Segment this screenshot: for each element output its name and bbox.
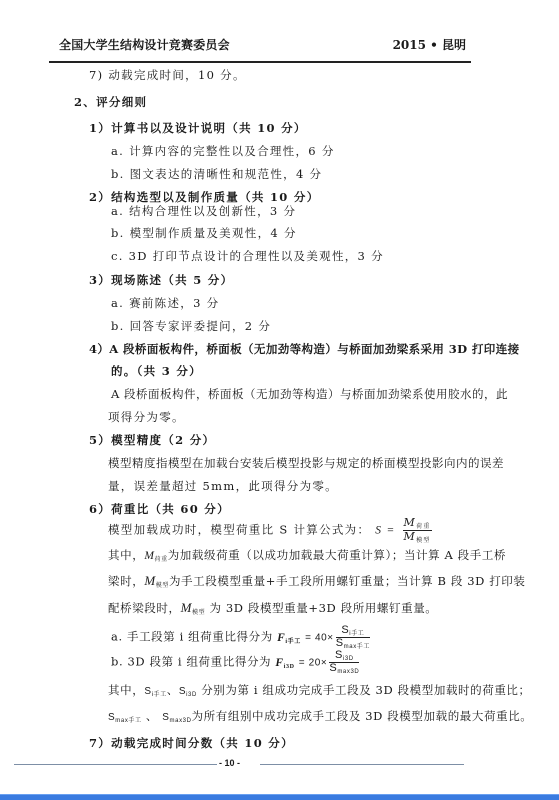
item-3-sub-b: b. 回答专家评委提问，2 分 [111, 318, 271, 334]
footer-rule-left [14, 764, 217, 765]
item-3-title: 3）现场陈述（共 5 分） [89, 272, 233, 288]
where-line-4: 其中，Si手工、Si3D 分别为第 i 组成功完成手工段及 3D 段模型加载时的… [108, 682, 531, 698]
item-7-title: 7）动载完成时间分数（共 10 分） [89, 735, 294, 751]
item-4-para-line1: A 段桥面板构件，桥面板（无加劲等构造）与桥面加劲梁系使用胶水的，此 [111, 386, 508, 402]
formula-intro-line: 模型加载成功时，模型荷重比 S 计算公式为： S = M荷重 M模型 [108, 517, 432, 544]
header-rule [49, 61, 471, 63]
formula-intro: 模型加载成功时，模型荷重比 S 计算公式为： [108, 523, 370, 537]
item-4-title-line1: 4）A 段桥面板构件，桥面板（无加劲等构造）与桥面加劲梁系采用 3D 打印连接 [89, 341, 520, 357]
item-5-title: 5）模型精度（2 分） [89, 432, 215, 448]
page-number: - 10 - [219, 758, 240, 768]
item-4-para-line2: 项得分为零。 [108, 409, 185, 425]
previous-item-text: 7) 动载完成时间，10 分。 [89, 67, 246, 83]
item-3-sub-a: a. 赛前陈述，3 分 [111, 295, 219, 311]
item-1-title: 1）计算书以及设计说明（共 10 分） [89, 120, 307, 136]
item-5-para-line2: 量，误差量超过 5mm，此项得分为零。 [108, 478, 338, 494]
formula-fraction: M荷重 M模型 [403, 517, 432, 544]
where-line-2: 梁时，M模型为手工段模型重量+手工段所用螺钉重量；当计算 B 段 3D 打印装 [108, 573, 526, 589]
score-formula-b: b. 3D 段第 i 组荷重比得分为 Fi3D = 20× Si3D Smax3… [111, 650, 359, 675]
item-4-title-line2: 的。（共 3 分） [111, 363, 202, 379]
score-formula-a: a. 手工段第 i 组荷重比得分为 Fi手工 = 40× Si手工 Smax手工 [111, 625, 370, 650]
item-5-para-line1: 模型精度指模型在加载台安装后模型投影与规定的桥面模型投影向内的误差 [108, 455, 504, 471]
where-line-3: 配桥梁段时，M模型 为 3D 段模型重量+3D 段所用螺钉重量。 [108, 600, 437, 616]
item-2-sub-c: c. 3D 打印节点设计的合理性以及美观性，3 分 [111, 248, 384, 264]
item-6-title: 6）荷重比（共 60 分） [89, 501, 230, 517]
document-page: 全国大学生结构设计竞赛委员会 2015 • 昆明 7) 动载完成时间，10 分。… [0, 0, 559, 792]
where-line-5: Smax手工 、 Smax3D为所有组别中成功完成手工段及 3D 段模型加载的最… [108, 708, 532, 724]
formula-S: S = [375, 525, 395, 537]
item-2-sub-a: a. 结构合理性以及创新性，3 分 [111, 203, 296, 219]
where-line-1: 其中，M荷重为加载级荷重（以成功加载最大荷重计算）；当计算 A 段手工桥 [108, 547, 506, 563]
item-1-sub-a: a. 计算内容的完整性以及合理性，6 分 [111, 143, 335, 159]
item-2-sub-b: b. 模型制作质量及美观性，4 分 [111, 225, 297, 241]
header-organization: 全国大学生结构设计竞赛委员会 [59, 36, 230, 53]
section-title: 2、评分细则 [74, 94, 147, 110]
viewer-bottom-bar [0, 794, 559, 800]
item-1-sub-b: b. 图文表达的清晰性和规范性，4 分 [111, 166, 322, 182]
footer-rule-right [260, 764, 464, 765]
header-year-city: 2015 • 昆明 [393, 36, 466, 53]
